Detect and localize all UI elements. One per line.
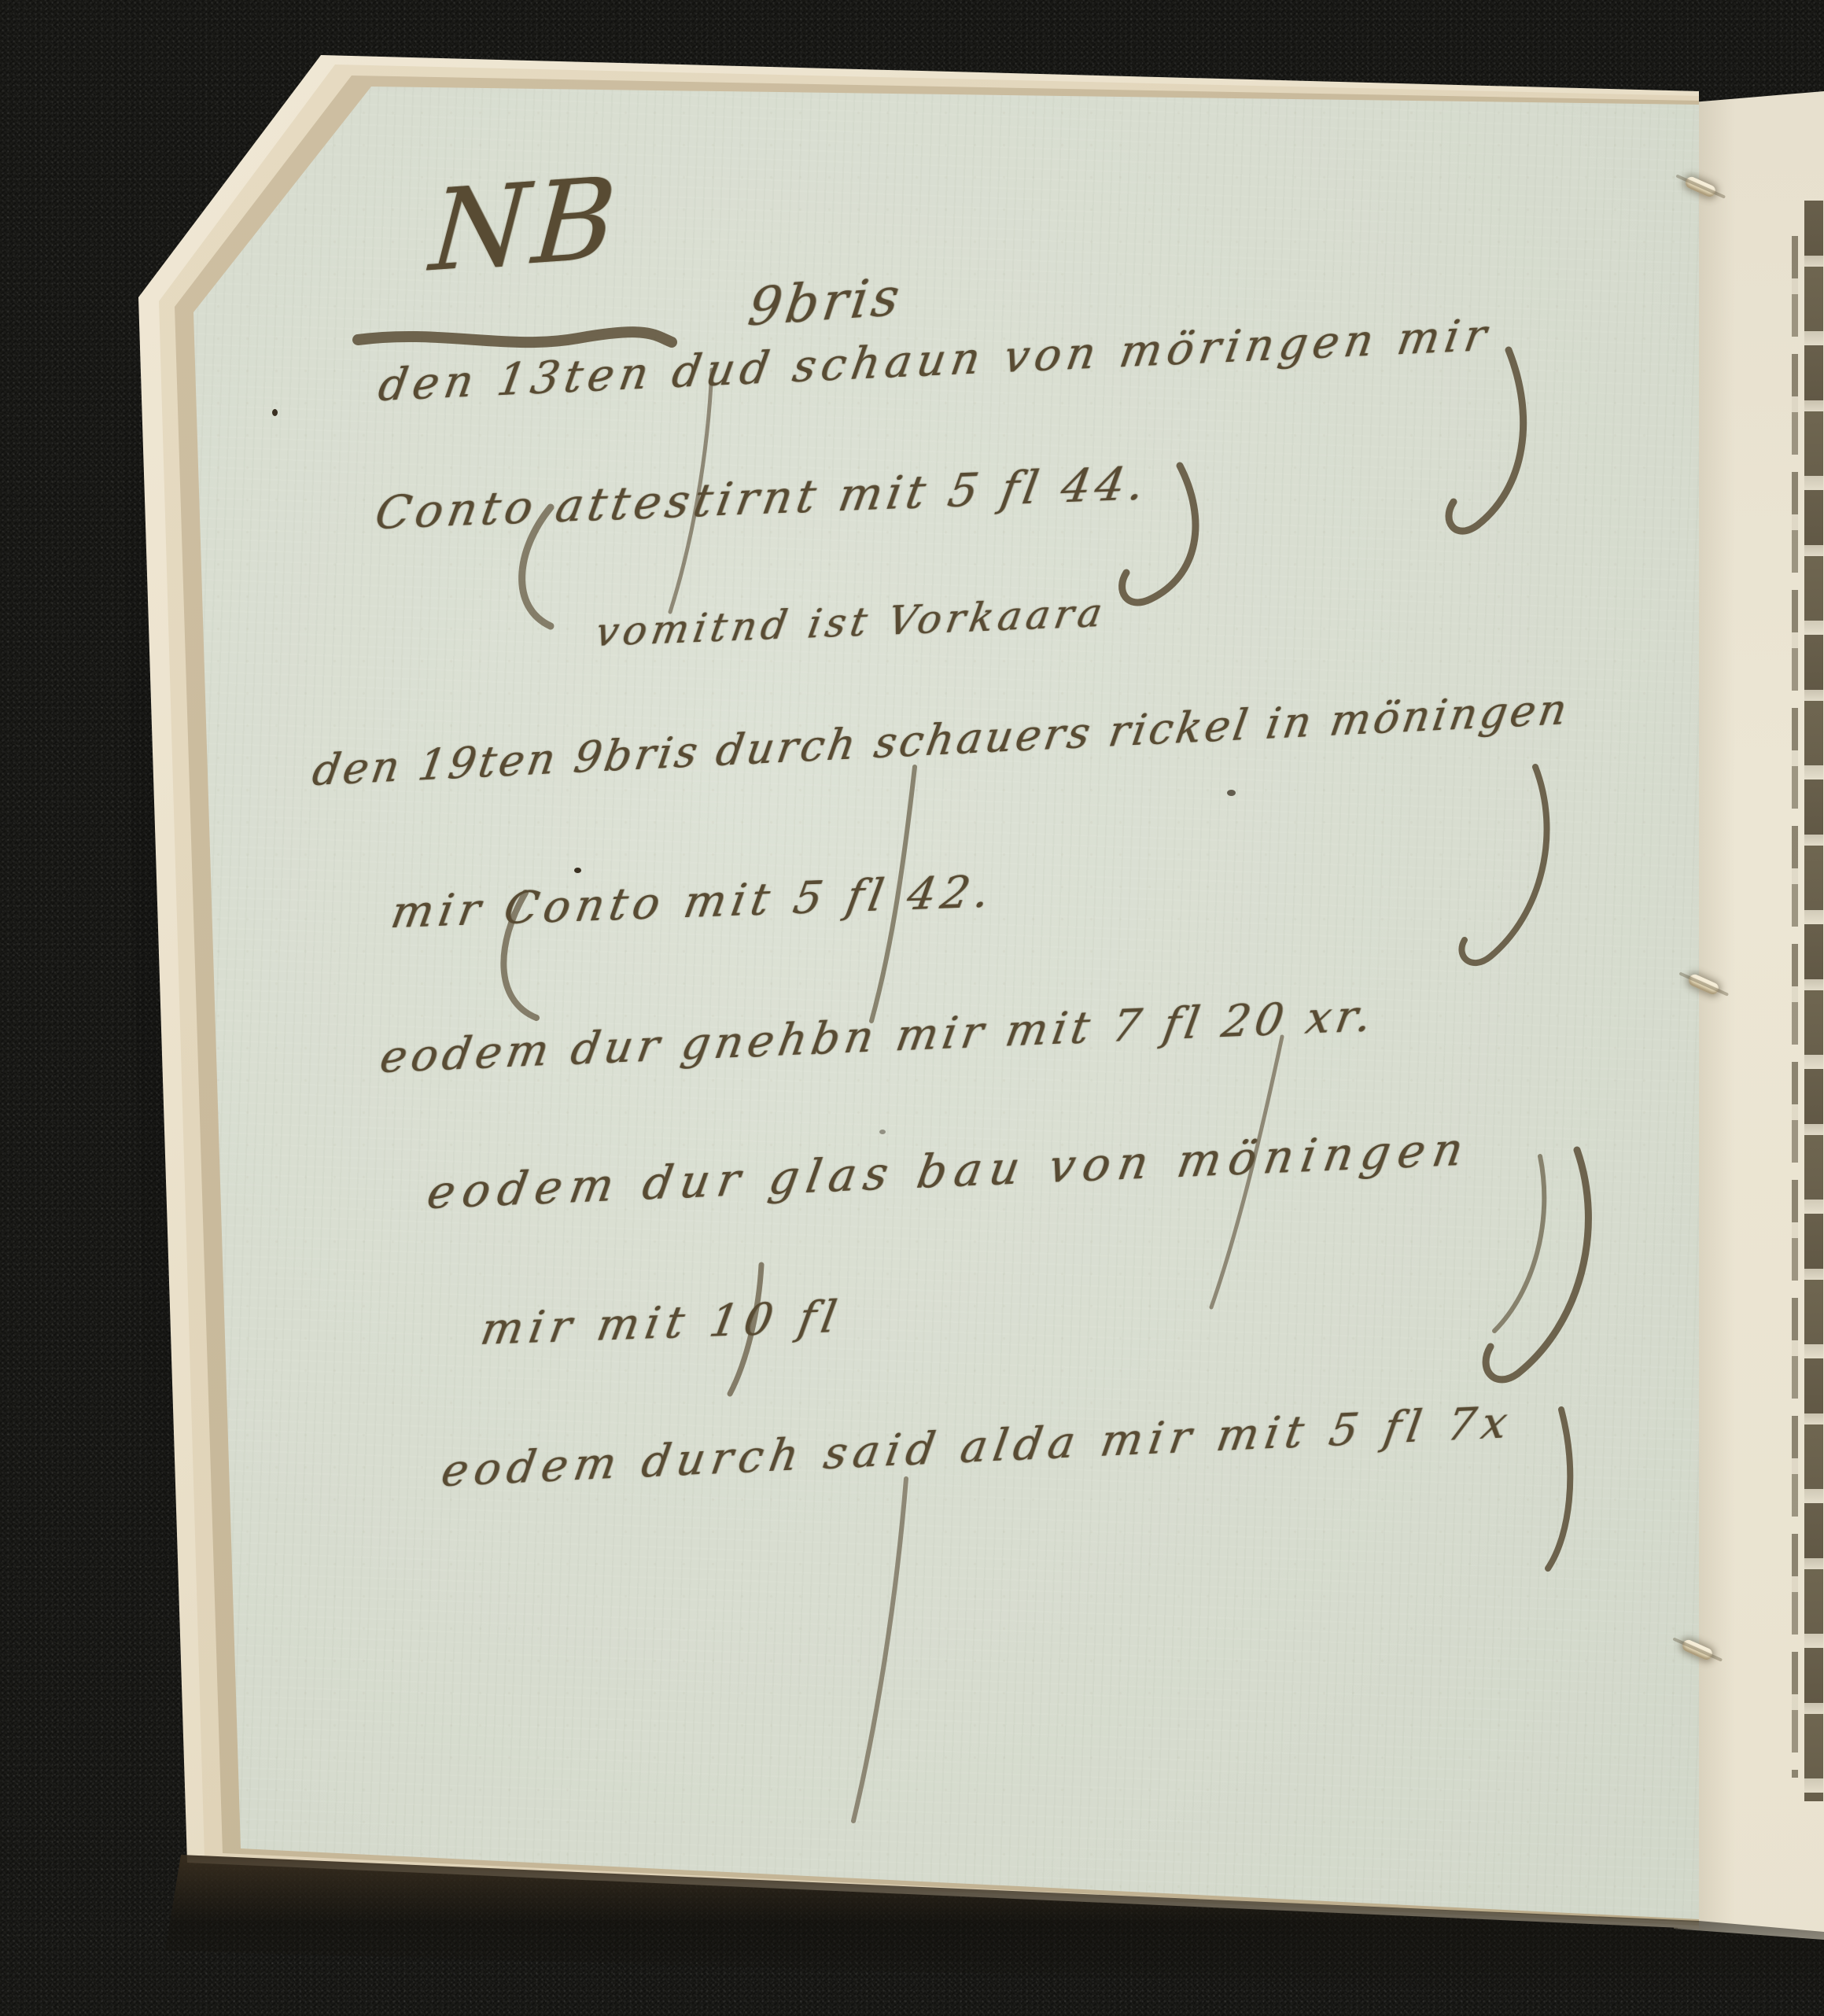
- ruled-margin-line: [1804, 201, 1823, 1801]
- scanned-manuscript: NB 9bris den 13ten dud schaun von möring…: [0, 0, 1824, 2016]
- manuscript-page: [0, 0, 1824, 2016]
- ruled-margin-line-thin: [1792, 236, 1798, 1778]
- ink-speck: [1227, 790, 1236, 796]
- ink-speck: [272, 409, 278, 416]
- month-superscript: 9bris: [745, 266, 907, 338]
- nota-bene-heading: NB: [426, 153, 625, 297]
- ink-speck: [879, 1130, 886, 1134]
- ink-speck: [574, 868, 581, 873]
